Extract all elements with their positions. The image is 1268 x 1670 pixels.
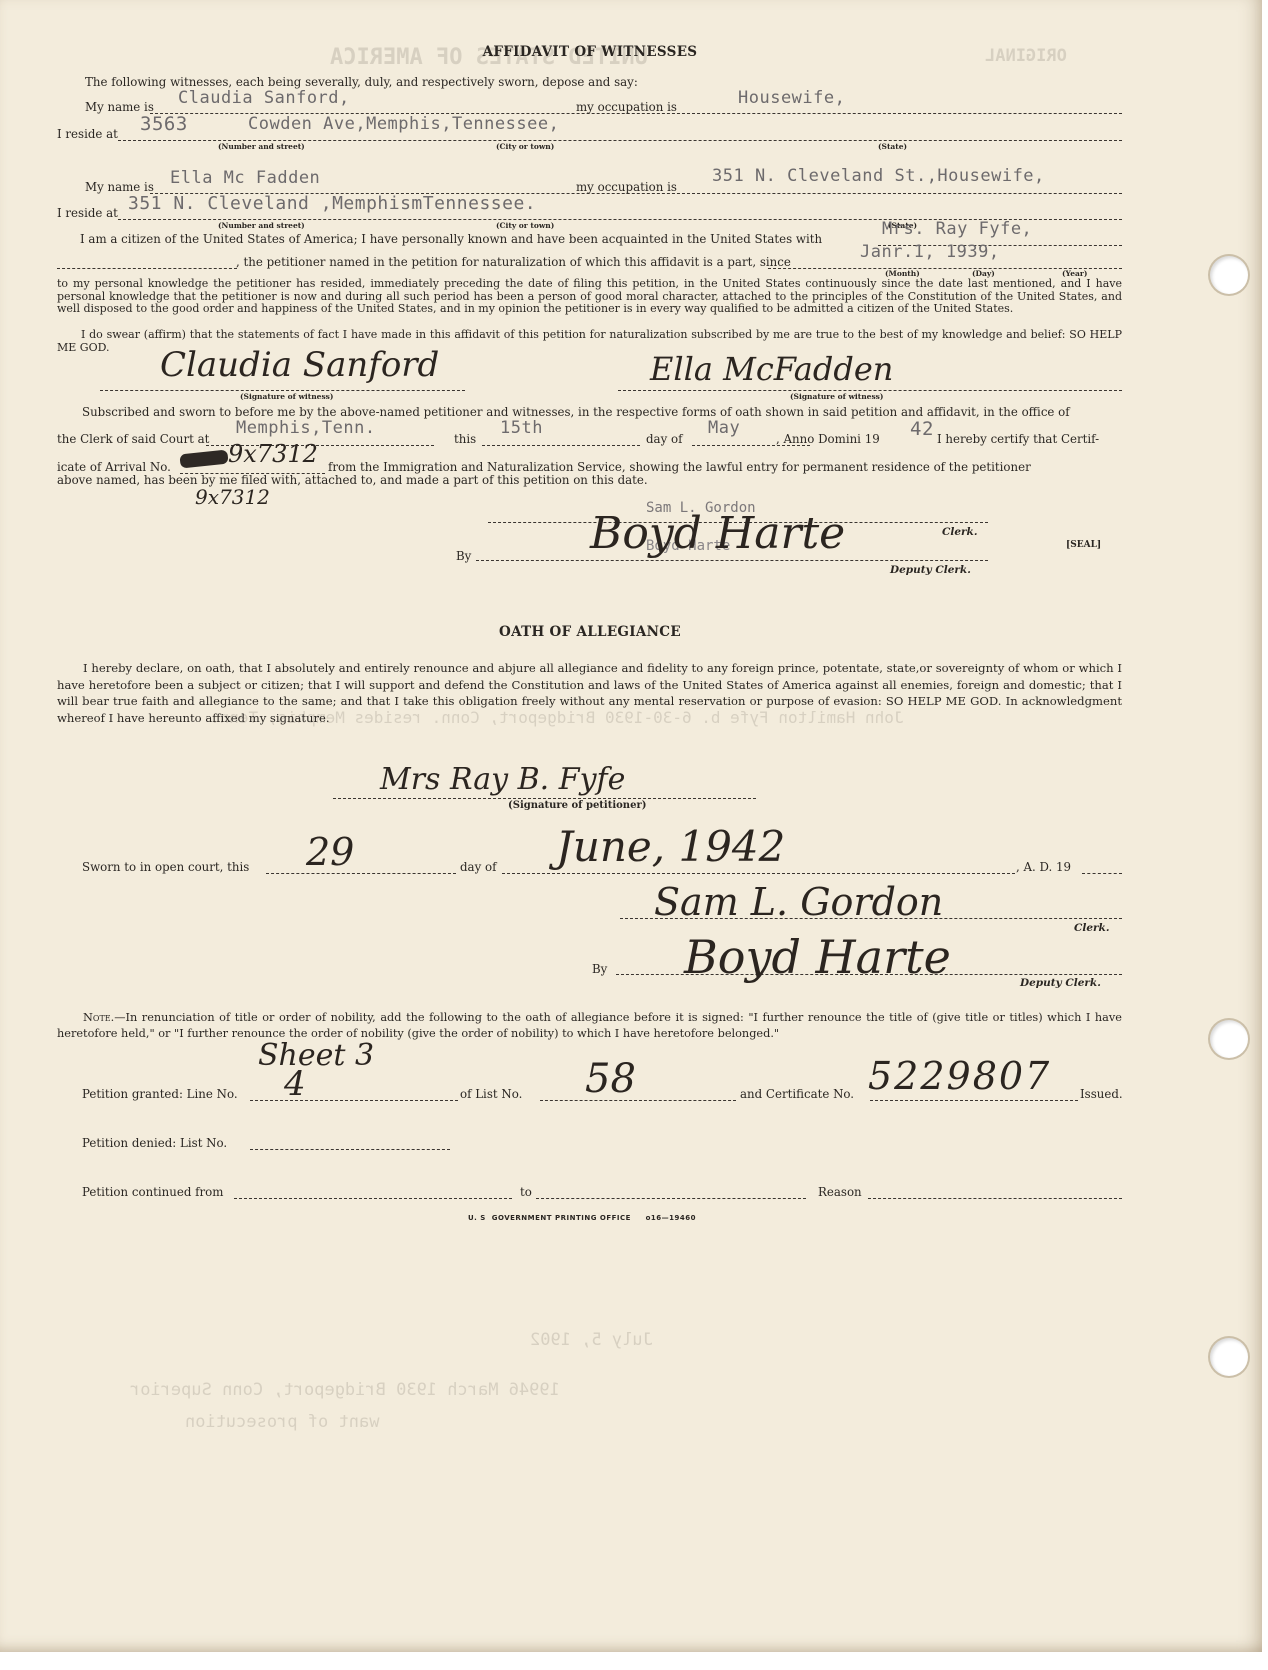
affidavit-title: AFFIDAVIT OF WITNESSES bbox=[0, 44, 1180, 60]
month: May bbox=[708, 418, 740, 438]
denied-list-line bbox=[250, 1149, 450, 1150]
ad-label: , A. D. 19 bbox=[1016, 860, 1071, 874]
witness2-occupation-line bbox=[692, 193, 1122, 194]
punch-hole bbox=[1210, 1020, 1248, 1058]
deputy-signature: Boyd Harte bbox=[590, 508, 845, 559]
sworn-day-line bbox=[266, 873, 456, 874]
sworn-month-year: June, 1942 bbox=[556, 822, 785, 871]
arrival-number-note: 9x7312 bbox=[195, 485, 270, 509]
clerk-at: Memphis,Tenn. bbox=[236, 418, 376, 438]
scribbled-out-text bbox=[179, 450, 228, 469]
anno-label: , Anno Domini 19 bbox=[776, 432, 880, 446]
filed-text: above named, has been by me filed with, … bbox=[57, 473, 648, 487]
granted-label: Petition granted: Line No. bbox=[82, 1087, 238, 1101]
bleed-through-line: July 5, 1902 bbox=[530, 1330, 653, 1350]
oath-title: OATH OF ALLEGIANCE bbox=[0, 624, 1180, 640]
deputy-clerk-label: Deputy Clerk. bbox=[890, 564, 971, 576]
caption-state: (State) bbox=[878, 142, 907, 151]
bleed-through-line: 19946 March 1930 Bridgeport, Conn Superi… bbox=[130, 1380, 560, 1400]
day: 15th bbox=[500, 418, 543, 438]
year: 42 bbox=[910, 418, 934, 440]
witness1-name: Claudia Sanford, bbox=[178, 88, 350, 108]
continued-label: Petition continued from bbox=[82, 1185, 223, 1199]
witness2-name-label: My name is bbox=[85, 180, 154, 194]
witness1-occupation-line bbox=[692, 113, 1122, 114]
caption-city: (City or town) bbox=[496, 142, 554, 151]
oath-clerk-line bbox=[620, 918, 1122, 919]
continued-to-line bbox=[536, 1198, 806, 1199]
caption-signature-witness: (Signature of witness) bbox=[240, 392, 333, 401]
witness1-street-number: 3563 bbox=[140, 113, 188, 135]
note-text: —In renunciation of title or order of no… bbox=[57, 1011, 1122, 1040]
line-no-line bbox=[250, 1100, 458, 1101]
affidavit-intro: The following witnesses, each being seve… bbox=[85, 75, 638, 89]
witness1-street: Cowden Ave,Memphis,Tennessee, bbox=[248, 114, 559, 134]
oath-deputy-label: Deputy Clerk. bbox=[1020, 977, 1101, 989]
caption-city: (City or town) bbox=[496, 221, 554, 230]
witness2-address: 351 N. Cleveland ,MemphismTennessee. bbox=[128, 193, 536, 214]
oath-clerk-label: Clerk. bbox=[1074, 922, 1110, 934]
cert-no-line bbox=[870, 1100, 1078, 1101]
denied-label: Petition denied: List No. bbox=[82, 1136, 227, 1150]
ad-year-line bbox=[1082, 873, 1122, 874]
petitioner-name: Mrs. Ray Fyfe, bbox=[882, 219, 1032, 239]
petitioner-signature-line bbox=[333, 798, 756, 799]
day-of-label: day of bbox=[460, 860, 496, 874]
witness1-occupation-label: my occupation is bbox=[576, 100, 677, 114]
witness2-occupation-label: my occupation is bbox=[576, 180, 677, 194]
oath-deputy-signature: Boyd Harte bbox=[684, 930, 951, 984]
since-date: Janr.1, 1939, bbox=[860, 242, 1000, 262]
bleed-through-line: want of prosecution bbox=[185, 1412, 379, 1432]
arrival-text: from the Immigration and Naturalization … bbox=[328, 460, 1031, 474]
day-line bbox=[482, 445, 640, 446]
witness2-signature-line bbox=[618, 390, 1122, 391]
witness1-reside-label: I reside at bbox=[57, 127, 118, 141]
this-label: this bbox=[454, 432, 476, 446]
witness1-signature: Claudia Sanford bbox=[160, 345, 439, 385]
knowledge-paragraph: to my personal knowledge the petitioner … bbox=[57, 278, 1122, 316]
witness2-name: Ella Mc Fadden bbox=[170, 168, 320, 188]
petitioner-text: , the petitioner named in the petition f… bbox=[236, 255, 791, 269]
nobility-note: Note.—In renunciation of title or order … bbox=[57, 1010, 1122, 1042]
caption-signature-witness: (Signature of witness) bbox=[790, 392, 883, 401]
document-page: UNITED STATES OF AMERICA ORIGINAL John H… bbox=[0, 0, 1262, 1652]
witness1-occupation: Housewife, bbox=[738, 88, 845, 108]
subscribed-text: Subscribed and sworn to before me by the… bbox=[82, 405, 1070, 419]
seal-label: [SEAL] bbox=[1066, 540, 1101, 550]
punch-hole bbox=[1210, 256, 1248, 294]
sheet-note: Sheet 3 bbox=[258, 1038, 374, 1073]
sworn-day: 29 bbox=[306, 830, 354, 874]
printer-imprint: U. S GOVERNMENT PRINTING OFFICE o16—1946… bbox=[468, 1214, 696, 1222]
witness1-name-label: My name is bbox=[85, 100, 154, 114]
list-no-line bbox=[540, 1100, 736, 1101]
cert-label: and Certificate No. bbox=[740, 1087, 854, 1101]
punch-hole bbox=[1210, 1338, 1248, 1376]
to-label: to bbox=[520, 1185, 532, 1199]
cert-no: 5229807 bbox=[868, 1054, 1051, 1098]
by-label: By bbox=[456, 549, 471, 563]
issued-label: Issued. bbox=[1080, 1087, 1123, 1101]
sworn-label: Sworn to in open court, this bbox=[82, 860, 249, 874]
certify-text: I hereby certify that Certif- bbox=[937, 432, 1099, 446]
witness2-signature: Ella McFadden bbox=[650, 350, 893, 388]
arrival-number: 9x7312 bbox=[228, 440, 318, 468]
reason-line bbox=[868, 1198, 1122, 1199]
oath-paragraph: I hereby declare, on oath, that I absolu… bbox=[57, 660, 1122, 726]
witness1-signature-line bbox=[100, 390, 465, 391]
deputy-clerk-line bbox=[476, 560, 988, 561]
caption-street: (Number and street) bbox=[218, 142, 305, 151]
arrival-label: icate of Arrival No. bbox=[57, 460, 171, 474]
continued-from-line bbox=[234, 1198, 512, 1199]
caption-street: (Number and street) bbox=[218, 221, 305, 230]
note-label: Note. bbox=[57, 1011, 114, 1024]
oath-by-label: By bbox=[592, 962, 607, 976]
petitioner-blank-line bbox=[57, 268, 237, 269]
clerk-at-label: the Clerk of said Court at bbox=[57, 432, 209, 446]
petitioner-signature: Mrs Ray B. Fyfe bbox=[380, 762, 625, 797]
witness2-reside-label: I reside at bbox=[57, 206, 118, 220]
witness2-occupation: 351 N. Cleveland St.,Housewife, bbox=[712, 166, 1045, 186]
line-no: 4 bbox=[284, 1064, 306, 1104]
clerk-label: Clerk. bbox=[942, 526, 978, 538]
list-label: of List No. bbox=[460, 1087, 522, 1101]
sworn-month-line bbox=[502, 873, 1015, 874]
list-no: 58 bbox=[585, 1056, 636, 1102]
witness1-address-line bbox=[118, 140, 1122, 141]
citizen-text: I am a citizen of the United States of A… bbox=[80, 232, 822, 246]
caption-signature-petitioner: (Signature of petitioner) bbox=[508, 800, 646, 811]
reason-label: Reason bbox=[818, 1185, 862, 1199]
day-of-label: day of bbox=[646, 432, 682, 446]
